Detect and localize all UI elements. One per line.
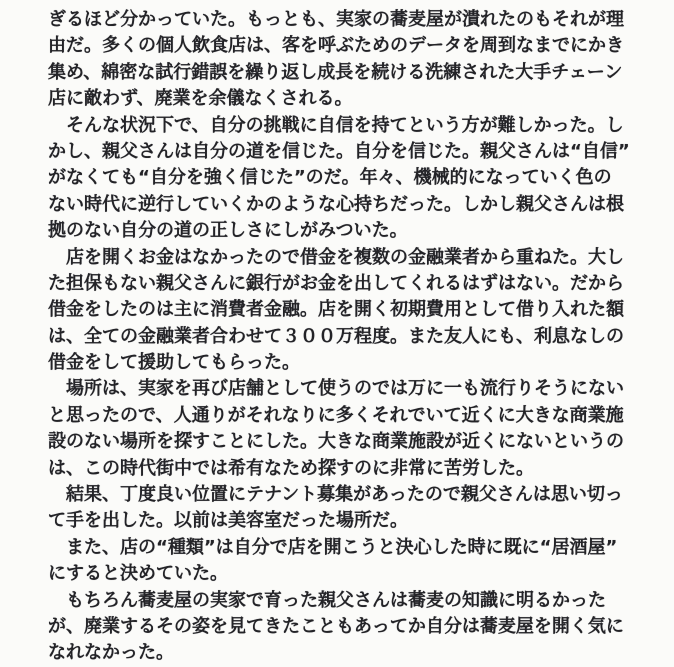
text-line: 店に敵わず、廃業を余儀なくされる。 xyxy=(48,86,626,112)
text-line: は、この時代街中では希有なため探すのに非常に苦労した。 xyxy=(48,456,626,482)
document-page: ぎるほど分かっていた。もっとも、実家の蕎麦屋が潰れたのもそれが理 由だ。多くの個… xyxy=(0,0,674,667)
text-line: 借金をしたのは主に消費者金融。店を開く初期費用として借り入れた額 xyxy=(48,297,626,323)
text-line: 店を開くお金はなかったので借金を複数の金融業者から重ねた。大し xyxy=(48,245,626,271)
text-line: ぎるほど分かっていた。もっとも、実家の蕎麦屋が潰れたのもそれが理 xyxy=(48,7,626,33)
text-line: 借金をして援助してもらった。 xyxy=(48,350,626,376)
text-line: て手を出した。以前は美容室だった場所だ。 xyxy=(48,508,626,534)
text-line: なれなかった。 xyxy=(48,640,626,666)
text-line: 拠のない自分の道の正しさにしがみついた。 xyxy=(48,218,626,244)
text-line: もちろん蕎麦屋の実家で育った親父さんは蕎麦の知識に明るかった xyxy=(48,588,626,614)
text-line: 設のない場所を探すことにした。大きな商業施設が近くにないというの xyxy=(48,429,626,455)
text-line: は、全ての金融業者合わせて３００万程度。また友人にも、利息なしの xyxy=(48,324,626,350)
text-line: と思ったので、人通りがそれなりに多くそれでいて近くに大きな商業施 xyxy=(48,403,626,429)
text-line: た担保もない親父さんに銀行がお金を出してくれるはずはない。だから xyxy=(48,271,626,297)
text-line: かし、親父さんは自分の道を信じた。自分を信じた。親父さんは“自信” xyxy=(48,139,626,165)
text-line: 結果、丁度良い位置にテナント募集があったので親父さんは思い切っ xyxy=(48,482,626,508)
text-line: そんな状況下で、自分の挑戦に自信を持てという方が難しかった。し xyxy=(48,113,626,139)
text-line: 由だ。多くの個人飲食店は、客を呼ぶためのデータを周到なまでにかき xyxy=(48,33,626,59)
text-line: がなくても“自分を強く信じた”のだ。年々、機械的になっていく色の xyxy=(48,165,626,191)
text-line: にすると決めていた。 xyxy=(48,561,626,587)
text-line: ない時代に逆行していくかのような心持ちだった。しかし親父さんは根 xyxy=(48,192,626,218)
text-line: が、廃業するその姿を見てきたこともあってか自分は蕎麦屋を開く気に xyxy=(48,614,626,640)
text-line: 集め、綿密な試行錯誤を繰り返し成長を続ける洗練された大手チェーン xyxy=(48,60,626,86)
text-line: また、店の“種類”は自分で店を開こうと決心した時に既に“居酒屋” xyxy=(48,535,626,561)
text-line: 場所は、実家を再び店舗として使うのでは万に一も流行りそうにない xyxy=(48,376,626,402)
